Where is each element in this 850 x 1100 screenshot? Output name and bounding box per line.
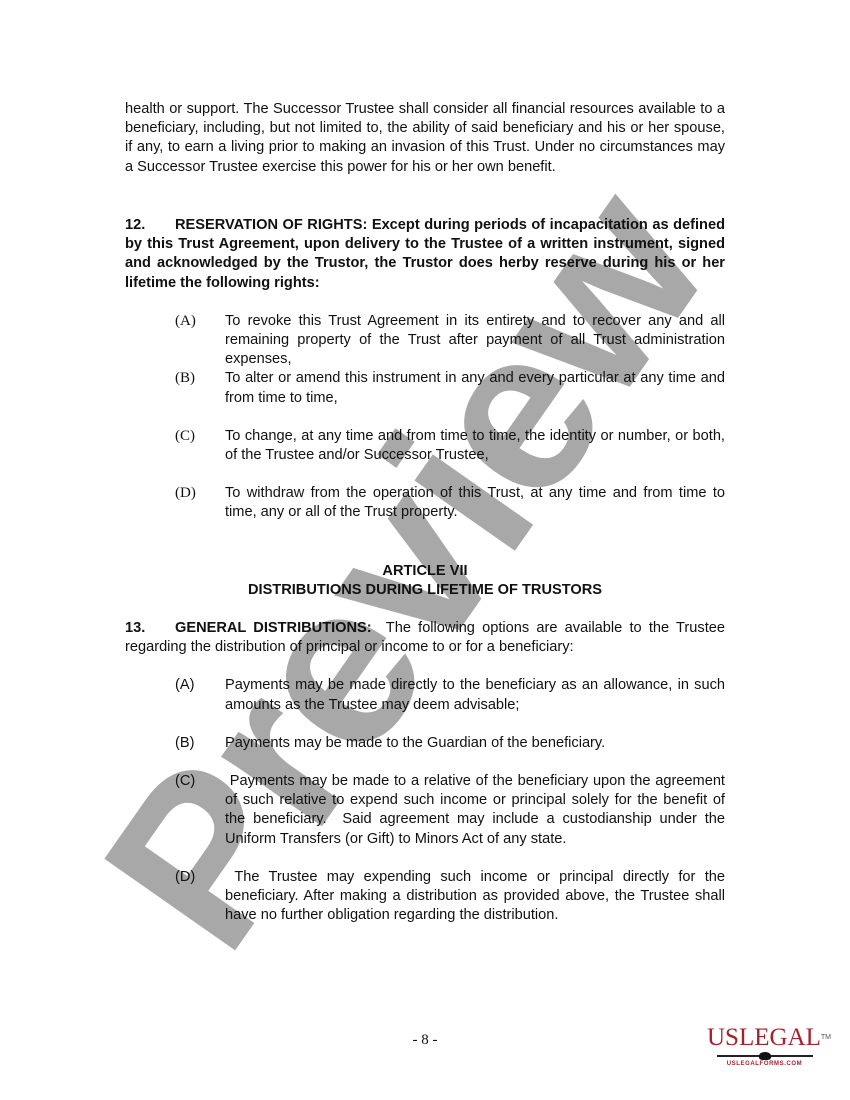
list-item: (B) Payments may be made to the Guardian… [125,734,725,753]
item-label: (B) [175,369,195,388]
item-label: (D) [175,484,196,503]
item-label: (B) [175,734,194,753]
section-13-number: 13. [125,619,175,638]
item-label: (C) [175,772,195,791]
logo-text: USLEGAL [707,1024,821,1051]
item-text: To alter or amend this instrument in any… [225,370,725,405]
list-item: (A) To revoke this Trust Agreement in it… [125,312,725,370]
item-text: Payments may be made to a relative of th… [225,773,729,847]
section-13-paragraph: 13.GENERAL DISTRIBUTIONS: The following … [125,619,725,657]
section-13-list: (A) Payments may be made directly to the… [125,676,725,925]
item-label: (A) [175,312,196,331]
eagle-wings-icon [717,1052,813,1060]
item-text: The Trustee may expending such income or… [225,869,729,923]
document-page: health or support. The Successor Trustee… [125,100,725,925]
list-item: (A) Payments may be made directly to the… [125,676,725,714]
section-12-text: RESERVATION OF RIGHTS: Except during per… [125,217,725,291]
list-item: (D) The Trustee may expending such incom… [125,868,725,926]
section-12-list: (A) To revoke this Trust Agreement in it… [125,312,725,523]
article-title: DISTRIBUTIONS DURING LIFETIME OF TRUSTOR… [125,581,725,600]
item-text: To revoke this Trust Agreement in its en… [225,313,725,367]
item-text: Payments may be made to the Guardian of … [225,735,605,751]
list-item: (B) To alter or amend this instrument in… [125,369,725,407]
list-item: (C) To change, at any time and from time… [125,427,725,465]
section-13-heading: GENERAL DISTRIBUTIONS: [175,620,372,636]
uslegal-logo[interactable]: USLEGALTM USLEGALFORMS.COM [707,1025,822,1067]
logo-url: USLEGALFORMS.COM [707,1061,822,1067]
item-text: To withdraw from the operation of this T… [225,485,725,520]
list-item: (D) To withdraw from the operation of th… [125,484,725,522]
intro-paragraph: health or support. The Successor Trustee… [125,100,725,196]
list-item: (C) Payments may be made to a relative o… [125,772,725,849]
section-12-number: 12. [125,216,175,235]
logo-wordmark: USLEGALTM [707,1025,822,1051]
item-label: (D) [175,868,195,887]
item-label: (A) [175,676,194,695]
trademark-mark: TM [821,1034,831,1041]
item-label: (C) [175,427,195,446]
item-text: Payments may be made directly to the ben… [225,677,725,712]
article-number: ARTICLE VII [125,562,725,581]
section-12-paragraph: 12.RESERVATION OF RIGHTS: Except during … [125,216,725,293]
item-text: To change, at any time and from time to … [225,428,725,463]
article-heading: ARTICLE VII DISTRIBUTIONS DURING LIFETIM… [125,562,725,600]
